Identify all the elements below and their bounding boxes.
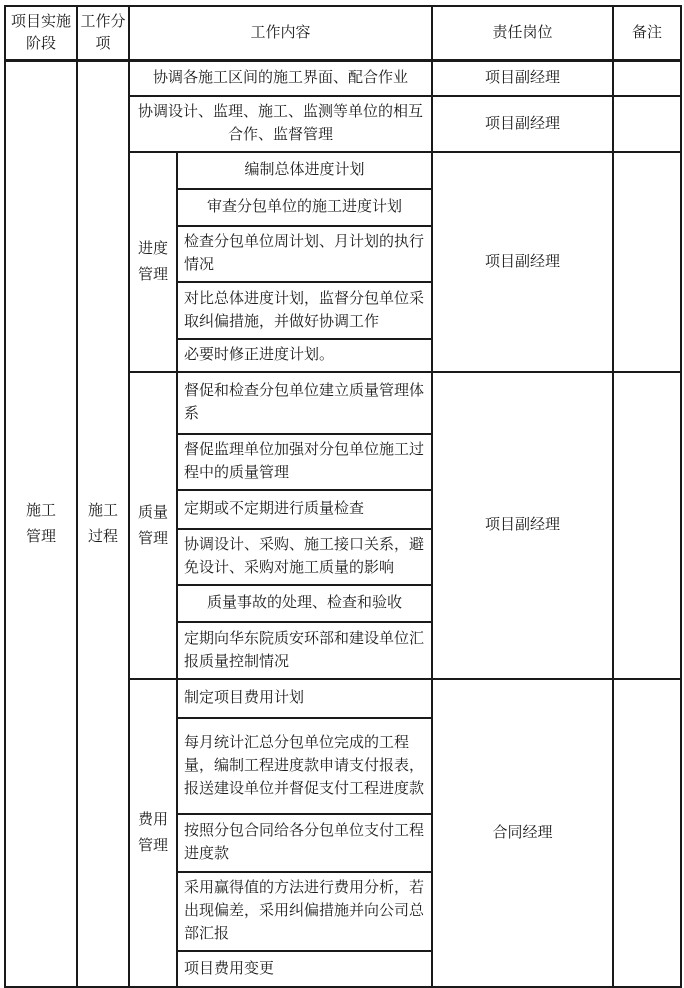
header-cell-subitem: 工作分项: [77, 6, 129, 60]
work-content-cell: 编制总体进度计划: [177, 152, 432, 189]
work-content-cell: 质量事故的处理、检查和验收: [177, 585, 432, 622]
category-cell-quality: 质量管理: [129, 372, 177, 679]
work-content-cell: 协调各施工区间的施工界面、配合作业: [129, 60, 432, 96]
role-cell: 项目副经理: [432, 60, 613, 96]
header-cell-content: 工作内容: [129, 6, 432, 60]
work-content-cell: 协调设计、监理、施工、监测等单位的相互合作、监督管理: [129, 96, 432, 152]
role-cell: 项目副经理: [432, 96, 613, 152]
role-cell: 项目副经理: [432, 152, 613, 372]
work-content-cell: 检查分包单位周计划、月计划的执行情况: [177, 226, 432, 282]
work-content-cell: 必要时修正进度计划。: [177, 339, 432, 372]
phase-cell: 施工管理: [5, 60, 77, 987]
work-content-cell: 按照分包合同给各分包单位支付工程进度款: [177, 814, 432, 872]
note-cell: [613, 60, 681, 96]
note-cell: [613, 96, 681, 152]
header-row: 项目实施阶段 工作分项 工作内容 责任岗位 备注: [5, 6, 681, 60]
work-content-cell: 对比总体进度计划，监督分包单位采取纠偏措施，并做好协调工作: [177, 282, 432, 339]
work-content-cell: 督促监理单位加强对分包单位施工过程中的质量管理: [177, 434, 432, 490]
work-content-cell: 定期向华东院质安环部和建设单位汇报质量控制情况: [177, 622, 432, 679]
table-row: 施工管理 施工过程 协调各施工区间的施工界面、配合作业 项目副经理: [5, 60, 681, 96]
header-cell-role: 责任岗位: [432, 6, 613, 60]
work-content-cell: 督促和检查分包单位建立质量管理体系: [177, 372, 432, 434]
category-cell-cost: 费用管理: [129, 679, 177, 987]
header-cell-note: 备注: [613, 6, 681, 60]
work-content-cell: 每月统计汇总分包单位完成的工程量，编制工程进度款申请支付报表，报送建设单位并督促…: [177, 718, 432, 814]
note-cell: [613, 152, 681, 372]
work-content-cell: 采用赢得值的方法进行费用分析，若出现偏差，采用纠偏措施并向公司总部汇报: [177, 872, 432, 951]
work-content-cell: 审查分包单位的施工进度计划: [177, 189, 432, 226]
subitem-label: 施工过程: [88, 498, 118, 550]
work-content-cell: 制定项目费用计划: [177, 679, 432, 718]
responsibility-table: 项目实施阶段 工作分项 工作内容 责任岗位 备注 施工管理 施工过程 协调各施工…: [4, 5, 682, 988]
document-page: { "page": { "ink": "#1a1a1a", "paper": "…: [0, 0, 684, 984]
work-content-cell: 项目费用变更: [177, 951, 432, 987]
note-cell: [613, 679, 681, 987]
header-cell-phase: 项目实施阶段: [5, 6, 77, 60]
note-cell: [613, 372, 681, 679]
subitem-cell: 施工过程: [77, 60, 129, 987]
phase-label: 施工管理: [26, 498, 56, 550]
category-cell-progress: 进度管理: [129, 152, 177, 372]
work-content-cell: 定期或不定期进行质量检查: [177, 490, 432, 529]
work-content-cell: 协调设计、采购、施工接口关系，避免设计、采购对施工质量的影响: [177, 529, 432, 585]
role-cell: 项目副经理: [432, 372, 613, 679]
role-cell: 合同经理: [432, 679, 613, 987]
